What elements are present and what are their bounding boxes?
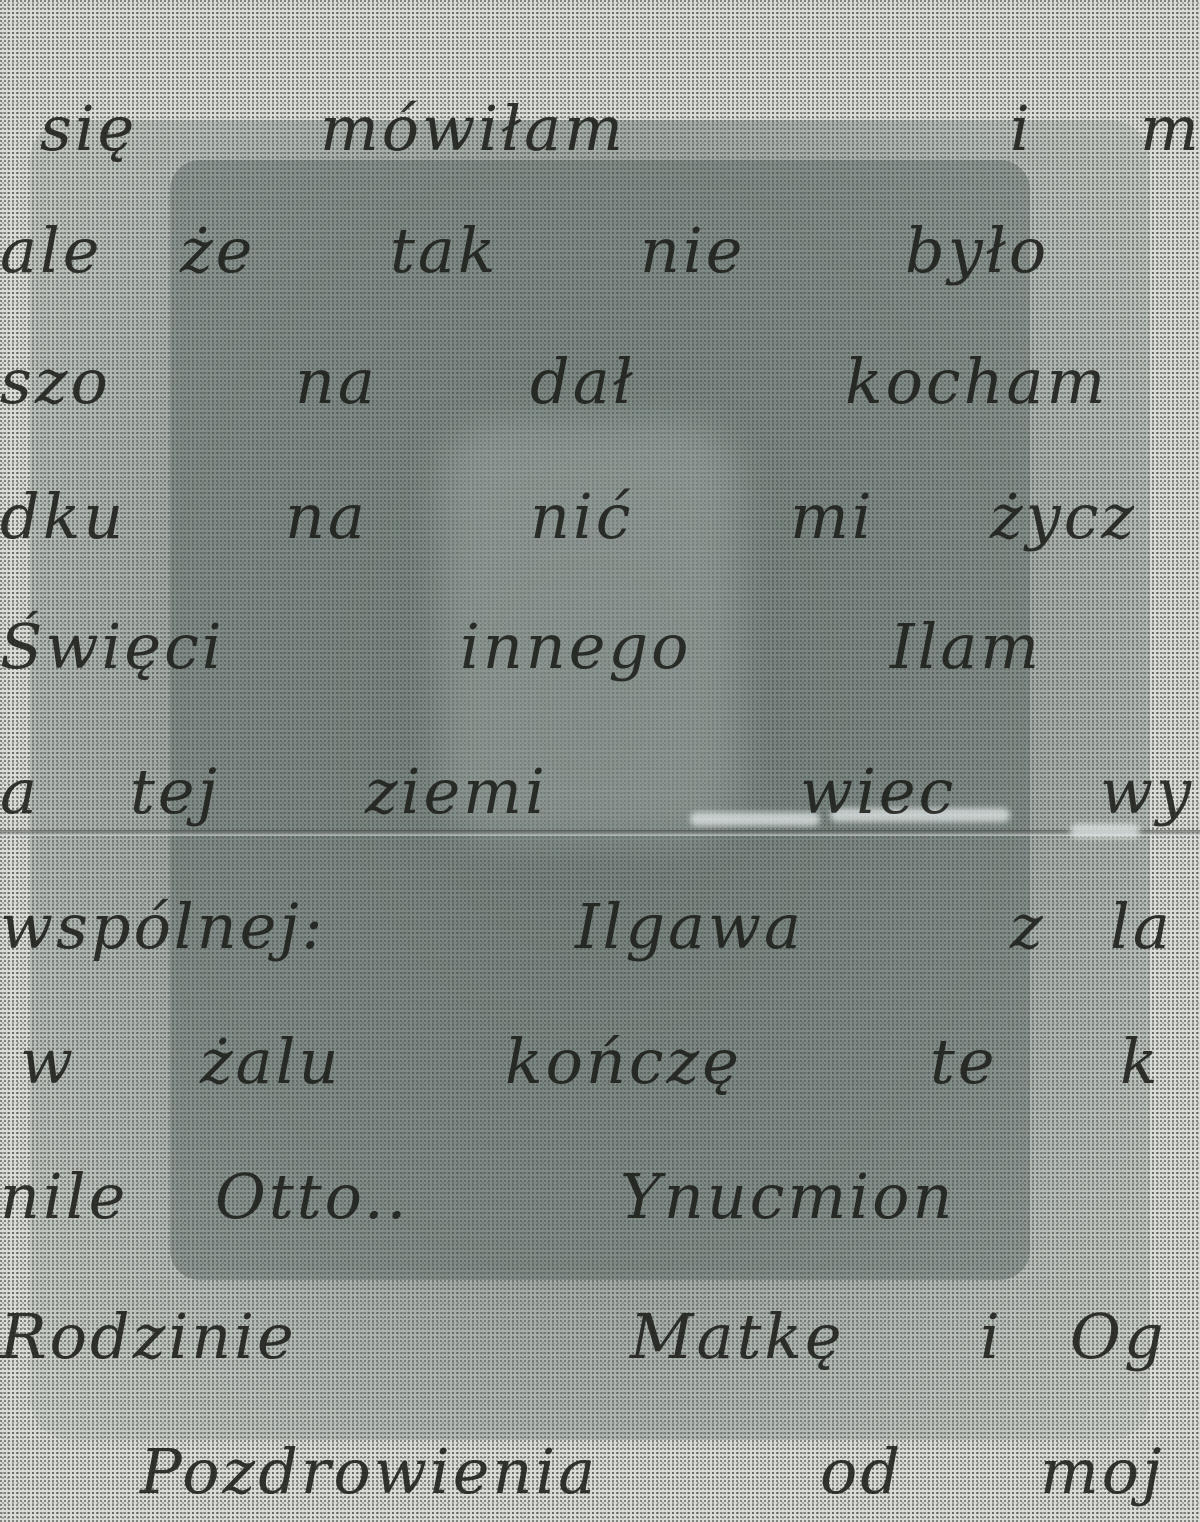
word: ziemi [365,755,548,828]
word: kocham [845,345,1108,418]
word: życz [990,480,1137,553]
word: Matkę [630,1300,845,1373]
word: wspólnej: [0,890,325,963]
word: nie [640,214,745,287]
word: że [180,214,255,287]
word: te [930,1025,998,1098]
word: a [0,755,40,828]
word: żalu [200,1025,341,1098]
word: Ynucmion [620,1160,955,1233]
word: było [905,214,1049,287]
word: Ilgawa [575,890,804,963]
word: mi [790,480,875,553]
word: i [1010,92,1033,165]
word: tak [390,214,498,287]
word: wy [1100,755,1194,828]
word: dku [0,480,126,553]
word: na [295,345,378,418]
word: Rodzinie [0,1300,297,1373]
word: nić [530,480,633,553]
word: innego [460,610,691,683]
word: Pozdrowienia [140,1435,598,1508]
word: la [1110,890,1173,963]
word: od [820,1435,903,1508]
word: w [20,1025,76,1098]
word: moj [1040,1435,1164,1508]
word: mówiłam [320,92,626,165]
word: na [285,480,368,553]
word: się [40,92,137,165]
word: nile [0,1160,128,1233]
word: wiec [800,755,956,828]
word: m [1140,92,1200,165]
word: kończę [505,1025,742,1098]
word: z [1010,890,1046,963]
word: Ilam [890,610,1042,683]
word: szo [0,345,111,418]
word: i [980,1300,1003,1373]
word: Otto.. [215,1160,409,1233]
word: Święci [0,610,225,683]
fold-crease [0,830,1200,836]
word: k [1120,1025,1161,1098]
word: ale [0,214,102,287]
word: dał [530,345,636,418]
word: tej [130,755,220,828]
word: Og [1070,1300,1167,1373]
